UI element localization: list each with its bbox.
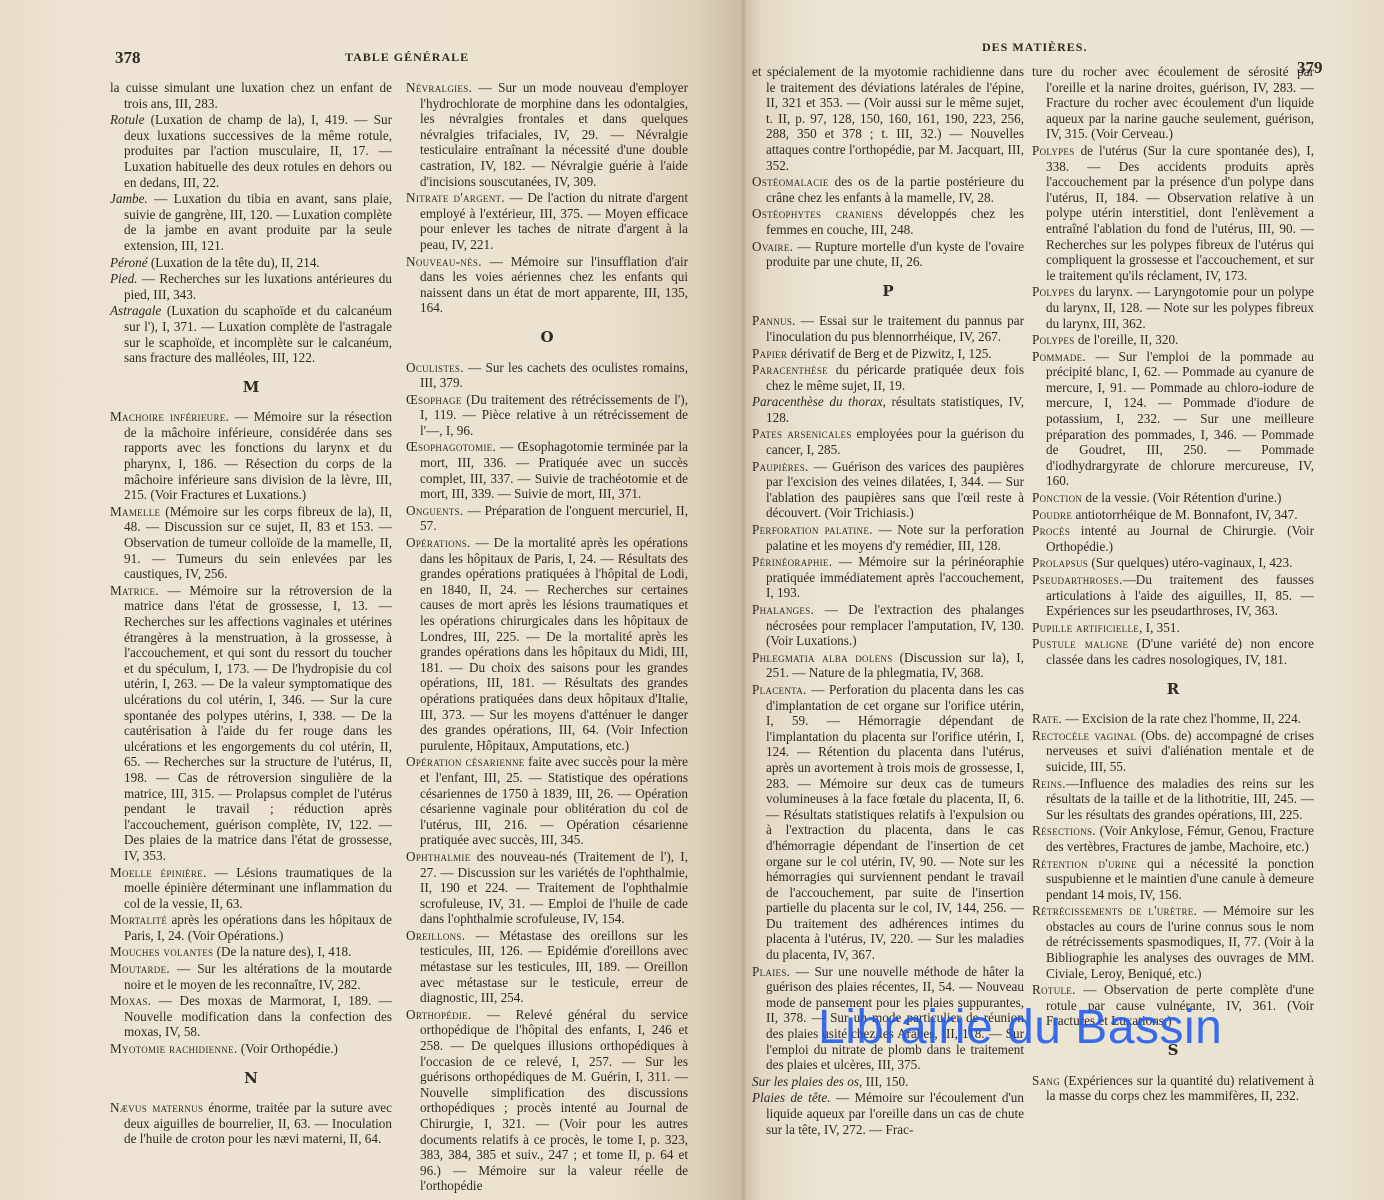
entry-heading: Rectocèle vaginal bbox=[1032, 728, 1136, 743]
entry-text: — Relevé général du service orthopédique… bbox=[420, 1007, 688, 1194]
index-entry: Pupille artificielle, I, 351. bbox=[1032, 620, 1314, 636]
index-entry: Pannus. — Essai sur le traitement du pan… bbox=[752, 313, 1024, 344]
entry-heading: Pommade. bbox=[1032, 349, 1086, 364]
entry-text: (Luxation de la tête du), II, 214. bbox=[148, 255, 320, 270]
entry-text: — Luxation du tibia en avant, sans plaie… bbox=[124, 191, 392, 253]
entry-heading: Myotomie rachidienne. bbox=[110, 1041, 237, 1056]
index-entry: Plaies de tête. — Mémoire sur l'écouleme… bbox=[752, 1090, 1024, 1137]
entry-text: —Influence des maladies des reins sur le… bbox=[1046, 776, 1314, 822]
entry-heading: Plaies de tête. bbox=[752, 1090, 831, 1105]
entry-text: (Expériences sur la quantité du) relativ… bbox=[1046, 1073, 1314, 1104]
index-entry: Nouveau-nés. — Mémoire sur l'insufflatio… bbox=[406, 254, 688, 316]
index-entry: Procès intenté au Journal de Chirurgie. … bbox=[1032, 523, 1314, 554]
entry-text: de la vessie. (Voir Rétention d'urine.) bbox=[1082, 490, 1281, 505]
entry-heading: Phalanges. bbox=[752, 602, 814, 617]
index-entry: Moxas. — Des moxas de Marmorat, I, 189. … bbox=[110, 993, 392, 1040]
index-entry: Myotomie rachidienne. (Voir Orthopédie.) bbox=[110, 1041, 392, 1057]
entry-heading: Nouveau-nés. bbox=[406, 254, 482, 269]
index-entry: Jambe. — Luxation du tibia en avant, san… bbox=[110, 191, 392, 253]
index-entry: Ovaire. — Rupture mortelle d'un kyste de… bbox=[752, 239, 1024, 270]
entry-heading: Orthopédie. bbox=[406, 1007, 472, 1022]
entry-text: (Voir Orthopédie.) bbox=[237, 1041, 337, 1056]
entry-heading: Ovaire. bbox=[752, 239, 793, 254]
index-entry: Rectocèle vaginal (Obs. de) accompagné d… bbox=[1032, 728, 1314, 775]
index-entry: Machoire inférieure. — Mémoire sur la ré… bbox=[110, 409, 392, 503]
entry-heading: Procès bbox=[1032, 523, 1070, 538]
book-gutter bbox=[742, 0, 748, 1200]
entry-text: dérivatif de Berg et de Pizwitz, I, 125. bbox=[787, 346, 991, 361]
entry-text: ture du rocher avec écoulement de sérosi… bbox=[1032, 64, 1314, 141]
entry-heading: Perforation palatine. bbox=[752, 522, 873, 537]
entry-heading: Pupille artificielle bbox=[1032, 620, 1139, 635]
entry-text: — Rupture mortelle d'un kyste de l'ovair… bbox=[766, 239, 1024, 270]
entry-text: et spécialement de la myotomie rachidien… bbox=[752, 64, 1024, 173]
entry-heading: Pied. bbox=[110, 271, 137, 286]
index-entry: Opérations. — De la mortalité après les … bbox=[406, 535, 688, 753]
index-entry: Rétrécissements de l'urètre. — Mémoire s… bbox=[1032, 903, 1314, 981]
entry-heading: Ostéophytes craniens bbox=[752, 206, 883, 221]
entry-heading: Onguents. bbox=[406, 503, 464, 518]
index-entry: Névralgies. — Sur un mode nouveau d'empl… bbox=[406, 80, 688, 189]
entry-heading: Machoire inférieure. bbox=[110, 409, 229, 424]
entry-text: la cuisse simulant une luxation chez un … bbox=[110, 80, 392, 111]
entry-heading: Rotule. bbox=[1032, 982, 1076, 997]
entry-heading: Phlegmatia alba dolens bbox=[752, 650, 893, 665]
entry-heading: Polypes bbox=[1032, 284, 1075, 299]
entry-text: — Excision de la rate chez l'homme, II, … bbox=[1062, 711, 1301, 726]
entry-heading: Moelle épinière. bbox=[110, 865, 207, 880]
entry-heading: Poudre bbox=[1032, 507, 1072, 522]
entry-text: (Luxation du scaphoïde et du calcanéum s… bbox=[124, 303, 392, 365]
index-entry: Pied. — Recherches sur les luxations ant… bbox=[110, 271, 392, 302]
entry-heading: Oculistes. bbox=[406, 360, 464, 375]
entry-heading: Placenta. bbox=[752, 682, 807, 697]
index-entry: Phalanges. — De l'extraction des phalang… bbox=[752, 602, 1024, 649]
index-entry: Polypes du larynx. — Laryngotomie pour u… bbox=[1032, 284, 1314, 331]
entry-heading: Sur les plaies des os bbox=[752, 1074, 859, 1089]
entry-text: (De la nature des), I, 418. bbox=[213, 944, 351, 959]
entry-text: — De la mortalité après les opérations d… bbox=[420, 535, 688, 753]
index-entry: Prolapsus (Sur quelques) utéro-vaginaux,… bbox=[1032, 555, 1314, 571]
entry-heading: Papier bbox=[752, 346, 787, 361]
entry-text: antiotorrhéique de M. Bonnafont, IV, 347… bbox=[1072, 507, 1297, 522]
index-entry: ture du rocher avec écoulement de sérosi… bbox=[1032, 64, 1314, 142]
index-entry: Périnéoraphie. — Mémoire sur la périnéor… bbox=[752, 554, 1024, 601]
entry-heading: Rétrécissements de l'urètre. bbox=[1032, 903, 1197, 918]
entry-heading: Pates arsenicales bbox=[752, 426, 852, 441]
entry-heading: Périnéoraphie. bbox=[752, 554, 832, 569]
entry-heading: Matrice. bbox=[110, 583, 159, 598]
entry-heading: Polypes bbox=[1032, 332, 1075, 347]
index-entry: Orthopédie. — Relevé général du service … bbox=[406, 1007, 688, 1194]
entry-heading: Pseudarthroses. bbox=[1032, 572, 1123, 587]
entry-text: de l'oreille, II, 320. bbox=[1075, 332, 1179, 347]
entry-heading: Nitrate d'argent. bbox=[406, 190, 505, 205]
index-entry: Rétention d'urine qui a nécessité la pon… bbox=[1032, 856, 1314, 903]
entry-heading: Moutarde. bbox=[110, 961, 170, 976]
entry-heading: Oreillons. bbox=[406, 928, 465, 943]
entry-heading: Opérations. bbox=[406, 535, 471, 550]
index-entry: Ostéophytes craniens développés chez les… bbox=[752, 206, 1024, 237]
left-page-column-1: la cuisse simulant une luxation chez un … bbox=[110, 80, 392, 1148]
index-entry: Nævus maternus énorme, traitée par la su… bbox=[110, 1100, 392, 1147]
index-entry: Ophthalmie des nouveau-nés (Traitement d… bbox=[406, 849, 688, 927]
entry-text: , I, 351. bbox=[1139, 620, 1180, 635]
index-entry: Poudre antiotorrhéique de M. Bonnafont, … bbox=[1032, 507, 1314, 523]
index-entry: Mamelle (Mémoire sur les corps fibreux d… bbox=[110, 504, 392, 582]
entry-text: — Sur l'emploi de la pommade au précipit… bbox=[1046, 349, 1314, 489]
entry-heading: Rétention d'urine bbox=[1032, 856, 1137, 871]
section-letter: R bbox=[1032, 682, 1314, 698]
index-entry: Mouches volantes (De la nature des), I, … bbox=[110, 944, 392, 960]
index-entry: Reins.—Influence des maladies des reins … bbox=[1032, 776, 1314, 823]
index-entry: Sang (Expériences sur la quantité du) re… bbox=[1032, 1073, 1314, 1104]
entry-heading: Jambe. bbox=[110, 191, 148, 206]
index-entry: Pustule maligne (D'une variété de) non e… bbox=[1032, 636, 1314, 667]
running-head-left: TABLE GÉNÉRALE bbox=[345, 50, 469, 65]
section-letter: M bbox=[110, 380, 392, 396]
entry-heading: Plaies. bbox=[752, 964, 790, 979]
index-entry: Polypes de l'utérus (Sur la cure spontan… bbox=[1032, 143, 1314, 283]
entry-heading: Paupières. bbox=[752, 459, 809, 474]
section-letter: P bbox=[752, 284, 1024, 300]
entry-text: — Sur un mode nouveau d'employer l'hydro… bbox=[420, 80, 688, 189]
entry-heading: Œsophagotomie. bbox=[406, 439, 496, 454]
index-entry: la cuisse simulant une luxation chez un … bbox=[110, 80, 392, 111]
entry-heading: Paracenthèse du thorax bbox=[752, 394, 883, 409]
entry-heading: Pannus. bbox=[752, 313, 796, 328]
index-entry: Phlegmatia alba dolens (Discussion sur l… bbox=[752, 650, 1024, 681]
index-entry: Œsophagotomie. — Œsophagotomie terminée … bbox=[406, 439, 688, 501]
entry-heading: Reins. bbox=[1032, 776, 1066, 791]
entry-heading: Mouches volantes bbox=[110, 944, 213, 959]
entry-text: (Sur quelques) utéro-vaginaux, I, 423. bbox=[1088, 555, 1292, 570]
index-entry: Moutarde. — Sur les altérations de la mo… bbox=[110, 961, 392, 992]
running-head-right: DES MATIÈRES. bbox=[982, 40, 1087, 55]
index-entry: Polypes de l'oreille, II, 320. bbox=[1032, 332, 1314, 348]
entry-text: du larynx. — Laryngotomie pour un polype… bbox=[1046, 284, 1314, 330]
left-page-column-2: Névralgies. — Sur un mode nouveau d'empl… bbox=[406, 80, 688, 1195]
entry-heading: Ostéomalacie bbox=[752, 174, 829, 189]
entry-text: — Recherches sur les luxations antérieur… bbox=[124, 271, 392, 302]
index-entry: Paracenthèse du thorax, résultats statis… bbox=[752, 394, 1024, 425]
section-letter: O bbox=[406, 330, 688, 346]
index-entry: Papier dérivatif de Berg et de Pizwitz, … bbox=[752, 346, 1024, 362]
entry-heading: Moxas. bbox=[110, 993, 151, 1008]
index-entry: Pates arsenicales employées pour la guér… bbox=[752, 426, 1024, 457]
index-entry: Paupières. — Guérison des varices des pa… bbox=[752, 459, 1024, 521]
index-entry: Opération césarienne faite avec succès p… bbox=[406, 754, 688, 848]
entry-text: — Des moxas de Marmorat, I, 189. — Nouve… bbox=[124, 993, 392, 1039]
entry-heading: Prolapsus bbox=[1032, 555, 1088, 570]
entry-heading: Astragale bbox=[110, 303, 161, 318]
entry-text: de l'utérus (Sur la cure spontanée des),… bbox=[1046, 143, 1314, 283]
entry-heading: Polypes bbox=[1032, 143, 1075, 158]
entry-heading: Sang bbox=[1032, 1073, 1060, 1088]
entry-text: — Perforation du placenta dans les cas d… bbox=[766, 682, 1024, 962]
entry-heading: Névralgies. bbox=[406, 80, 472, 95]
entry-text: (Luxation de champ de la), I, 419. — Sur… bbox=[124, 112, 392, 189]
entry-heading: Paracenthèse bbox=[752, 362, 828, 377]
left-page: 378 TABLE GÉNÉRALE la cuisse simulant un… bbox=[0, 0, 742, 1200]
index-entry: Matrice. — Mémoire sur la rétroversion d… bbox=[110, 583, 392, 864]
index-entry: Rate. — Excision de la rate chez l'homme… bbox=[1032, 711, 1314, 727]
entry-text: (Mémoire sur les corps fibreux de la), I… bbox=[124, 504, 392, 581]
index-entry: Paracenthèse du péricarde pratiquée deux… bbox=[752, 362, 1024, 393]
index-entry: Sur les plaies des os, III, 150. bbox=[752, 1074, 1024, 1090]
index-entry: Ostéomalacie des os de la partie postéri… bbox=[752, 174, 1024, 205]
index-entry: Mortalité après les opérations dans les … bbox=[110, 912, 392, 943]
entry-text: — Mémoire sur la rétroversion de la matr… bbox=[124, 583, 392, 863]
index-entry: et spécialement de la myotomie rachidien… bbox=[752, 64, 1024, 173]
index-entry: Oculistes. — Sur les cachets des oculist… bbox=[406, 360, 688, 391]
entry-heading: Résections. bbox=[1032, 823, 1096, 838]
right-page-column-1: et spécialement de la myotomie rachidien… bbox=[752, 64, 1024, 1138]
entry-heading: Nævus maternus bbox=[110, 1100, 203, 1115]
index-entry: Œsophage (Du traitement des rétrécisseme… bbox=[406, 392, 688, 439]
index-entry: Oreillons. — Métastase des oreillons sur… bbox=[406, 928, 688, 1006]
index-entry: Nitrate d'argent. — De l'action du nitra… bbox=[406, 190, 688, 252]
index-entry: Onguents. — Préparation de l'onguent mer… bbox=[406, 503, 688, 534]
index-entry: Résections. (Voir Ankylose, Fémur, Genou… bbox=[1032, 823, 1314, 854]
section-letter: N bbox=[110, 1071, 392, 1087]
entry-heading: Pustule maligne bbox=[1032, 636, 1128, 651]
watermark: Librairie du Bassin bbox=[818, 1000, 1222, 1055]
index-entry: Pommade. — Sur l'emploi de la pommade au… bbox=[1032, 349, 1314, 489]
entry-heading: Mamelle bbox=[110, 504, 160, 519]
entry-heading: Opération césarienne bbox=[406, 754, 525, 769]
right-page-column-2: ture du rocher avec écoulement de sérosi… bbox=[1032, 64, 1314, 1105]
entry-heading: Ponction bbox=[1032, 490, 1082, 505]
entry-heading: Mortalité bbox=[110, 912, 167, 927]
index-entry: Rotule (Luxation de champ de la), I, 419… bbox=[110, 112, 392, 190]
entry-text: — Essai sur le traitement du pannus par … bbox=[766, 313, 1024, 344]
index-entry: Péroné (Luxation de la tête du), II, 214… bbox=[110, 255, 392, 271]
index-entry: Perforation palatine. — Note sur la perf… bbox=[752, 522, 1024, 553]
entry-heading: Rotule bbox=[110, 112, 144, 127]
index-entry: Moelle épinière. — Lésions traumatiques … bbox=[110, 865, 392, 912]
entry-heading: Ophthalmie bbox=[406, 849, 471, 864]
entry-text: intenté au Journal de Chirurgie. (Voir O… bbox=[1046, 523, 1314, 554]
index-entry: Pseudarthroses.—Du traitement des fausse… bbox=[1032, 572, 1314, 619]
entry-heading: Péroné bbox=[110, 255, 148, 270]
index-entry: Ponction de la vessie. (Voir Rétention d… bbox=[1032, 490, 1314, 506]
entry-text: , III, 150. bbox=[859, 1074, 908, 1089]
entry-heading: Rate. bbox=[1032, 711, 1062, 726]
index-entry: Placenta. — Perforation du placenta dans… bbox=[752, 682, 1024, 963]
entry-heading: Œsophage bbox=[406, 392, 462, 407]
index-entry: Astragale (Luxation du scaphoïde et du c… bbox=[110, 303, 392, 365]
page-number-left: 378 bbox=[115, 48, 141, 68]
